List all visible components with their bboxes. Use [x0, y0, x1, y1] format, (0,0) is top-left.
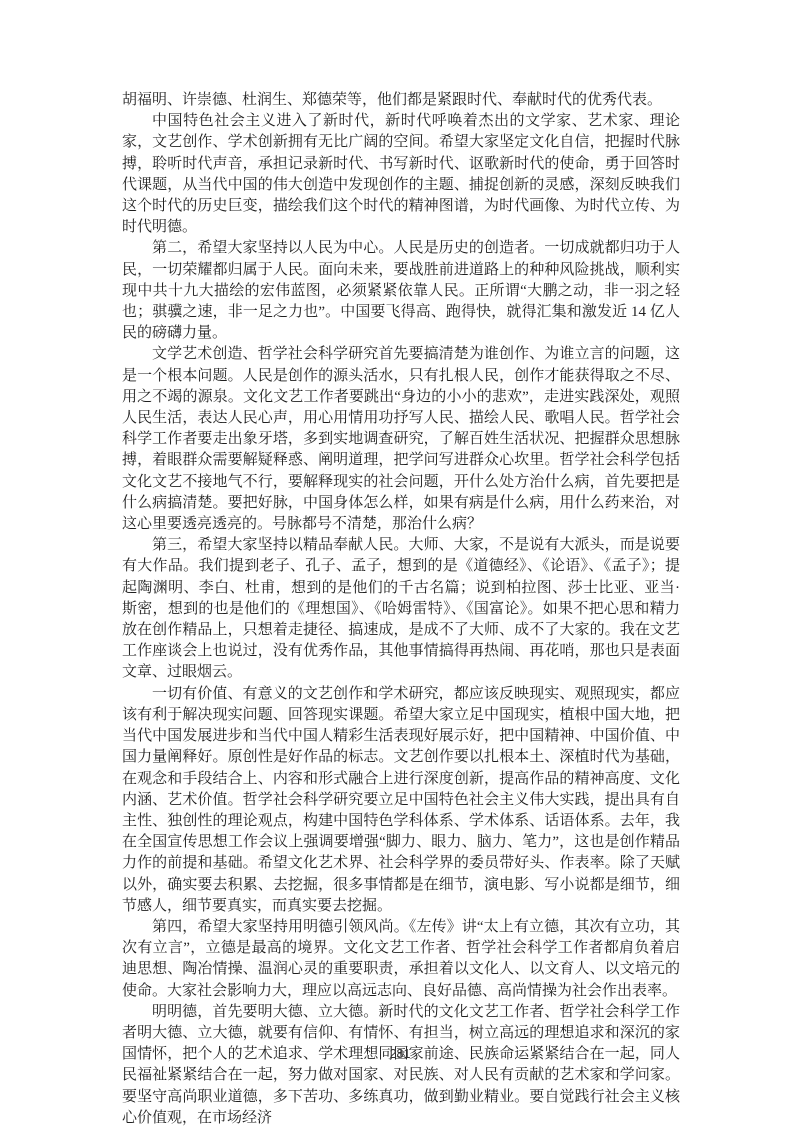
page-number: 281: [0, 1046, 800, 1062]
paragraph: 中国特色社会主义进入了新时代，新时代呼唤着杰出的文学家、艺术家、理论家，文艺创作…: [122, 111, 680, 238]
paragraph-continuation: 胡福明、许崇德、杜润生、郑德荣等，他们都是紧跟时代、奉献时代的优秀代表。: [122, 90, 680, 111]
paragraph: 文学艺术创造、哲学社会科学研究首先要搞清楚为谁创作、为谁立言的问题，这是一个根本…: [122, 344, 680, 535]
paragraph: 明明德，首先要明大德、立大德。新时代的文化文艺工作者、哲学社会科学工作者明大德、…: [122, 1002, 680, 1129]
paragraph: 一切有价值、有意义的文艺创作和学术研究，都应该反映现实、观照现实，都应该有利于解…: [122, 684, 680, 917]
paragraph: 第三，希望大家坚持以精品奉献人民。大师、大家，不是说有大派头，而是说要有大作品。…: [122, 535, 680, 683]
paragraph: 第四，希望大家坚持用明德引领风尚。《左传》讲“太上有立德，其次有立功，其次有立言…: [122, 917, 680, 1002]
body-text: 胡福明、许崇德、杜润生、郑德荣等，他们都是紧跟时代、奉献时代的优秀代表。 中国特…: [122, 90, 680, 1129]
document-page: 胡福明、许崇德、杜润生、郑德荣等，他们都是紧跟时代、奉献时代的优秀代表。 中国特…: [0, 0, 800, 1133]
paragraph: 第二，希望大家坚持以人民为中心。人民是历史的创造者。一切成就都归功于人民，一切荣…: [122, 238, 680, 344]
